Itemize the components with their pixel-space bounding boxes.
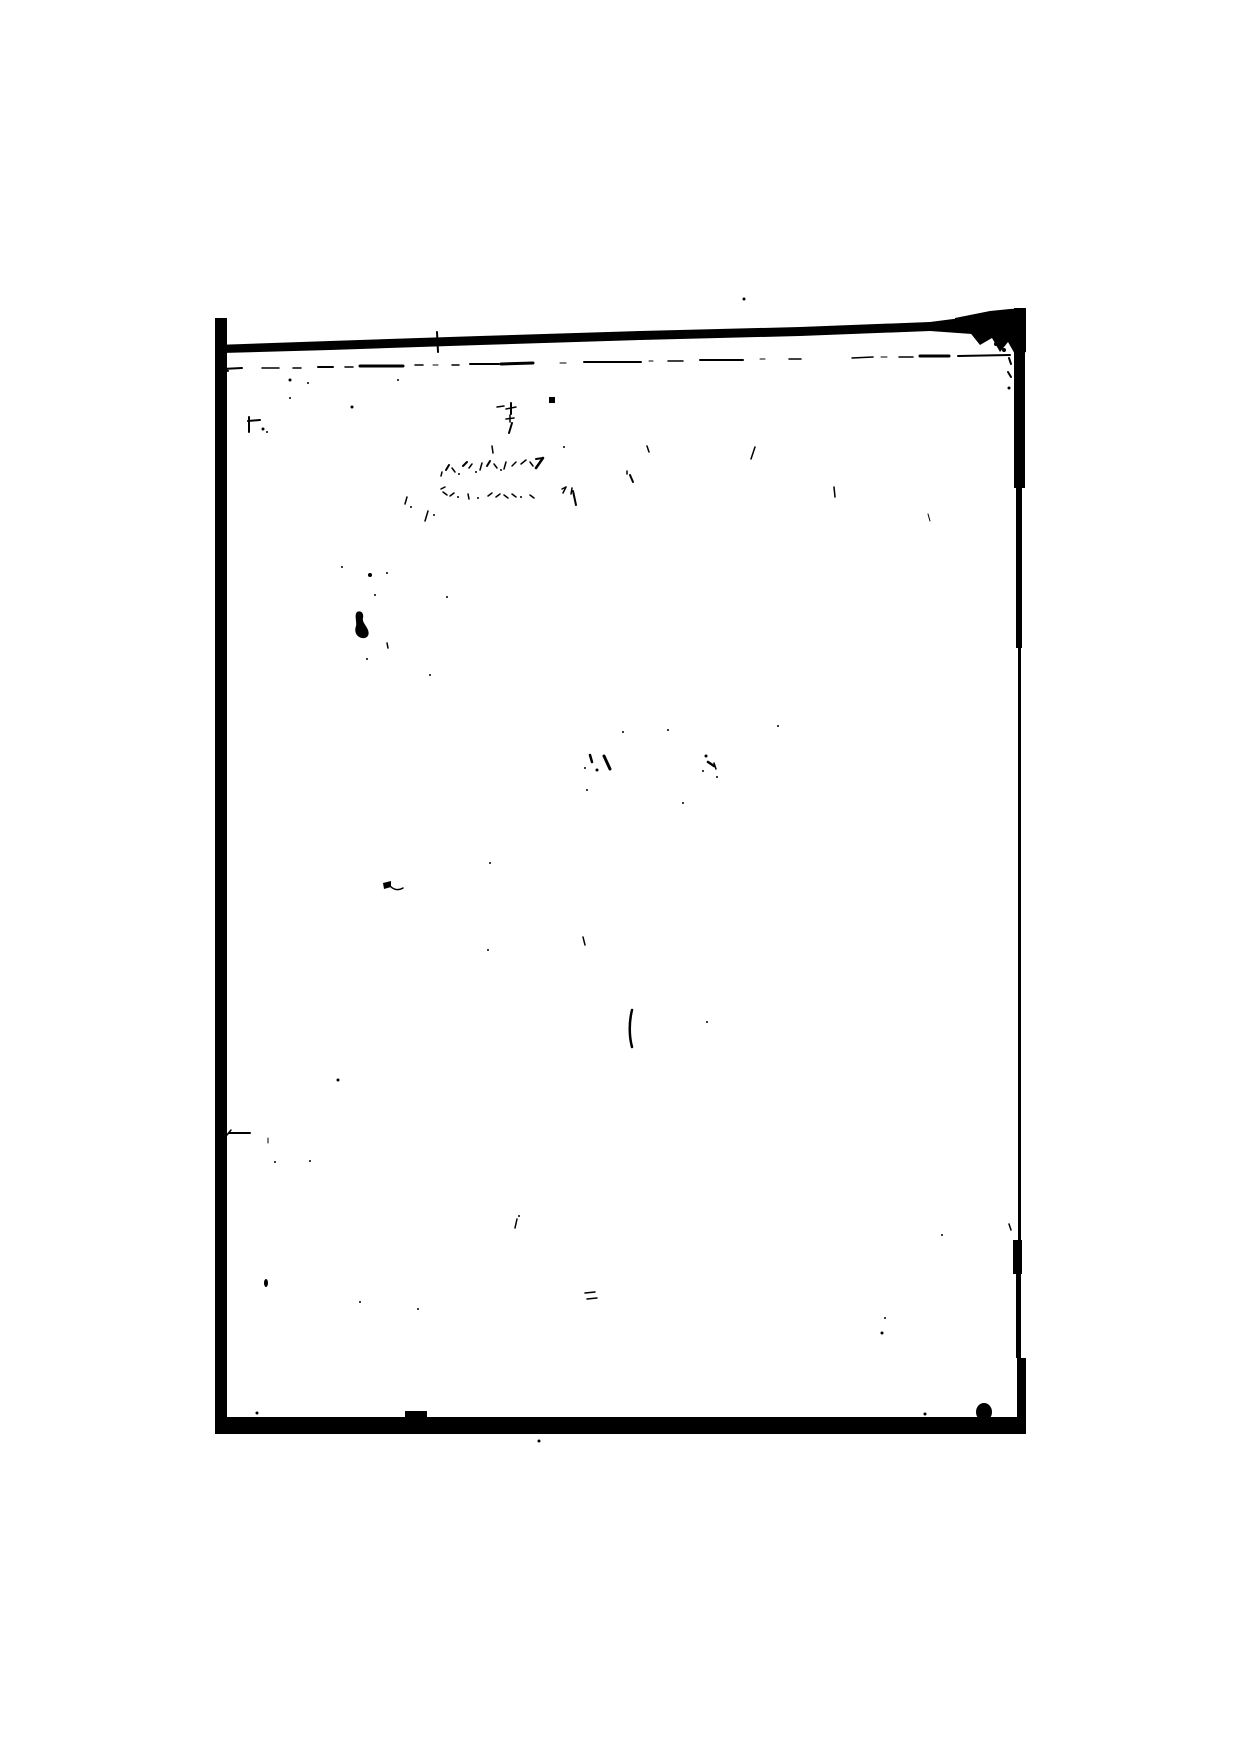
slash-pair: [604, 756, 610, 769]
handwriting-stroke: [512, 462, 516, 466]
ink-speck: [417, 1308, 419, 1310]
speck-cluster: [702, 770, 704, 772]
handwriting-stroke: [571, 488, 572, 494]
pen-mark-vertical-stroke: [630, 1010, 632, 1047]
handwriting-stroke: [457, 496, 459, 498]
handwriting-stroke: [405, 497, 407, 504]
ink-speck: [928, 514, 930, 521]
ink-speck: [994, 342, 998, 346]
right-edge-bar: [1014, 308, 1025, 488]
bottom-edge-bump: [405, 1411, 427, 1419]
handwriting-stroke: [469, 464, 472, 468]
bottom-edge-knob: [976, 1403, 992, 1421]
speck-cluster: [708, 762, 714, 766]
ink-speck: [489, 862, 491, 864]
pen-mark-small-cross: [515, 1215, 520, 1228]
ink-speck: [351, 406, 354, 409]
right-edge-bar: [1013, 1240, 1022, 1274]
slash-pair: [590, 755, 592, 762]
ink-speck: [538, 1440, 541, 1443]
ink-speck: [256, 1412, 259, 1415]
handwriting-stroke: [494, 464, 497, 468]
handwriting-bleedthrough-line-1: [441, 458, 543, 476]
ink-speck: [573, 491, 576, 505]
pen-mark-comma-blob: [355, 573, 372, 638]
dagger-mark: [497, 406, 504, 407]
handwriting-stroke: [504, 462, 506, 469]
ink-speck: [429, 674, 431, 676]
f-mark: [248, 420, 260, 421]
ink-speck: [1009, 1224, 1011, 1230]
handwriting-stroke: [446, 465, 449, 470]
ink-specks: [256, 298, 1012, 1443]
f-mark: [262, 428, 265, 431]
pen-mark-square-dot: [549, 397, 555, 403]
handwriting-stroke: [441, 487, 445, 489]
small-cross: [515, 1219, 517, 1228]
ink-speck: [397, 379, 399, 381]
handwriting-stroke: [410, 506, 412, 508]
ink-speck: [777, 725, 779, 727]
ink-speck: [289, 397, 291, 399]
scanned-page-container: [0, 0, 1237, 1752]
left-edge-bar: [215, 318, 227, 1434]
ink-speck: [682, 802, 684, 804]
right-edge-bar: [1016, 1274, 1021, 1358]
handwriting-stroke: [500, 469, 502, 471]
ink-speck: [289, 379, 292, 382]
handwriting-stroke: [441, 472, 442, 476]
ink-speck: [341, 566, 343, 568]
scan-canvas: [0, 0, 1237, 1752]
comma-blob: [368, 573, 372, 577]
handwriting-stroke: [477, 497, 479, 499]
comma-blob: [355, 611, 368, 638]
ink-speck: [941, 1234, 943, 1236]
handwriting-stroke: [512, 494, 516, 497]
crease-dash: [852, 357, 873, 358]
handwriting-stroke: [475, 471, 477, 473]
pen-mark-left-edge-dash: [227, 1130, 268, 1143]
ink-speck: [1009, 358, 1011, 364]
handwriting-stroke: [480, 463, 482, 470]
ink-speck: [583, 937, 585, 945]
handwriting-stroke: [487, 461, 490, 466]
handwriting-stroke: [530, 462, 533, 466]
bottom-left-squiggle: [264, 1279, 268, 1287]
slash-pair: [584, 767, 586, 769]
ink-speck: [274, 1161, 276, 1163]
pen-mark-bottom-left-squiggle: [264, 1279, 268, 1287]
ink-speck: [647, 446, 649, 452]
square-dot: [549, 397, 555, 403]
speck-cluster: [705, 755, 708, 758]
pen-mark-dagger-mark: [497, 403, 516, 433]
ink-speck: [337, 1079, 340, 1082]
ink-speck: [307, 382, 309, 384]
page-crease-dash-line: [219, 355, 1010, 372]
small-cross: [518, 1215, 520, 1217]
pen-mark-tilde-squiggle: [383, 881, 403, 890]
ink-speck: [1008, 387, 1011, 390]
pen-mark-equals-mark: [585, 1292, 597, 1299]
page-edge-right: [1013, 308, 1026, 1434]
right-edge-bar: [1016, 488, 1022, 648]
ink-speck: [834, 487, 835, 497]
ink-speck: [492, 446, 493, 453]
ink-speck: [387, 643, 388, 648]
handwriting-stroke: [425, 511, 428, 521]
handwriting-stroke: [463, 462, 467, 466]
handwriting-stroke: [452, 468, 455, 472]
crease-dash: [958, 355, 1010, 356]
ink-speck: [1008, 372, 1011, 377]
page-edge-top: [215, 308, 1026, 356]
ink-speck: [366, 658, 368, 660]
ink-speck: [884, 1317, 886, 1319]
equals-mark: [585, 1292, 595, 1293]
handwriting-stroke: [468, 494, 469, 499]
handwriting-bleedthrough-line-2: [405, 487, 572, 521]
dagger-mark: [506, 407, 516, 409]
handwriting-stroke: [443, 492, 447, 495]
ink-speck: [667, 729, 669, 731]
vertical-stroke: [630, 1010, 632, 1047]
ink-speck: [446, 596, 448, 598]
handwriting-stroke: [530, 495, 534, 498]
handwriting-stroke: [504, 495, 508, 498]
ink-speck: [706, 1021, 708, 1023]
dagger-mark: [509, 423, 512, 433]
pen-mark-speck-cluster: [702, 755, 718, 779]
handwriting-stroke: [521, 460, 526, 464]
handwriting-stroke: [536, 458, 543, 459]
equals-mark: [587, 1298, 597, 1299]
crease-dash: [501, 363, 533, 364]
right-edge-bar: [1018, 648, 1021, 1240]
handwriting-stroke: [496, 494, 500, 497]
top-bar-tick: [437, 332, 438, 352]
ink-speck: [487, 949, 489, 951]
tilde-squiggle: [390, 886, 403, 890]
ink-speck: [751, 447, 755, 459]
slash-pair: [596, 769, 599, 772]
ink-speck: [586, 789, 588, 791]
ink-speck: [359, 1301, 361, 1303]
handwriting-stroke: [520, 496, 522, 498]
handwriting-stroke: [450, 493, 454, 496]
pen-mark-f-mark: [248, 417, 268, 433]
ink-speck: [374, 594, 376, 596]
handwriting-stroke: [458, 473, 460, 475]
bottom-edge-bar: [215, 1417, 1026, 1434]
page-edge-bottom: [215, 1403, 1026, 1434]
speck-cluster: [716, 776, 718, 778]
tilde-squiggle: [383, 881, 391, 889]
handwriting-stroke: [433, 514, 435, 516]
ink-speck: [309, 1160, 311, 1162]
ink-speck: [622, 731, 624, 733]
ink-speck: [881, 1332, 884, 1335]
ink-speck: [563, 446, 565, 448]
pen-mark-top-bar-tick: [437, 332, 438, 352]
ink-speck: [1002, 348, 1006, 352]
speck-cluster: [714, 763, 716, 769]
f-mark: [266, 431, 268, 433]
ink-speck: [743, 298, 746, 301]
ink-speck: [924, 1413, 927, 1416]
handwriting-stroke: [488, 493, 492, 496]
pen-mark-slash-pair: [584, 755, 610, 772]
top-edge-bar: [215, 310, 1026, 353]
page-edge-left: [215, 318, 227, 1434]
ink-speck: [386, 572, 388, 574]
ink-speck: [630, 475, 633, 482]
